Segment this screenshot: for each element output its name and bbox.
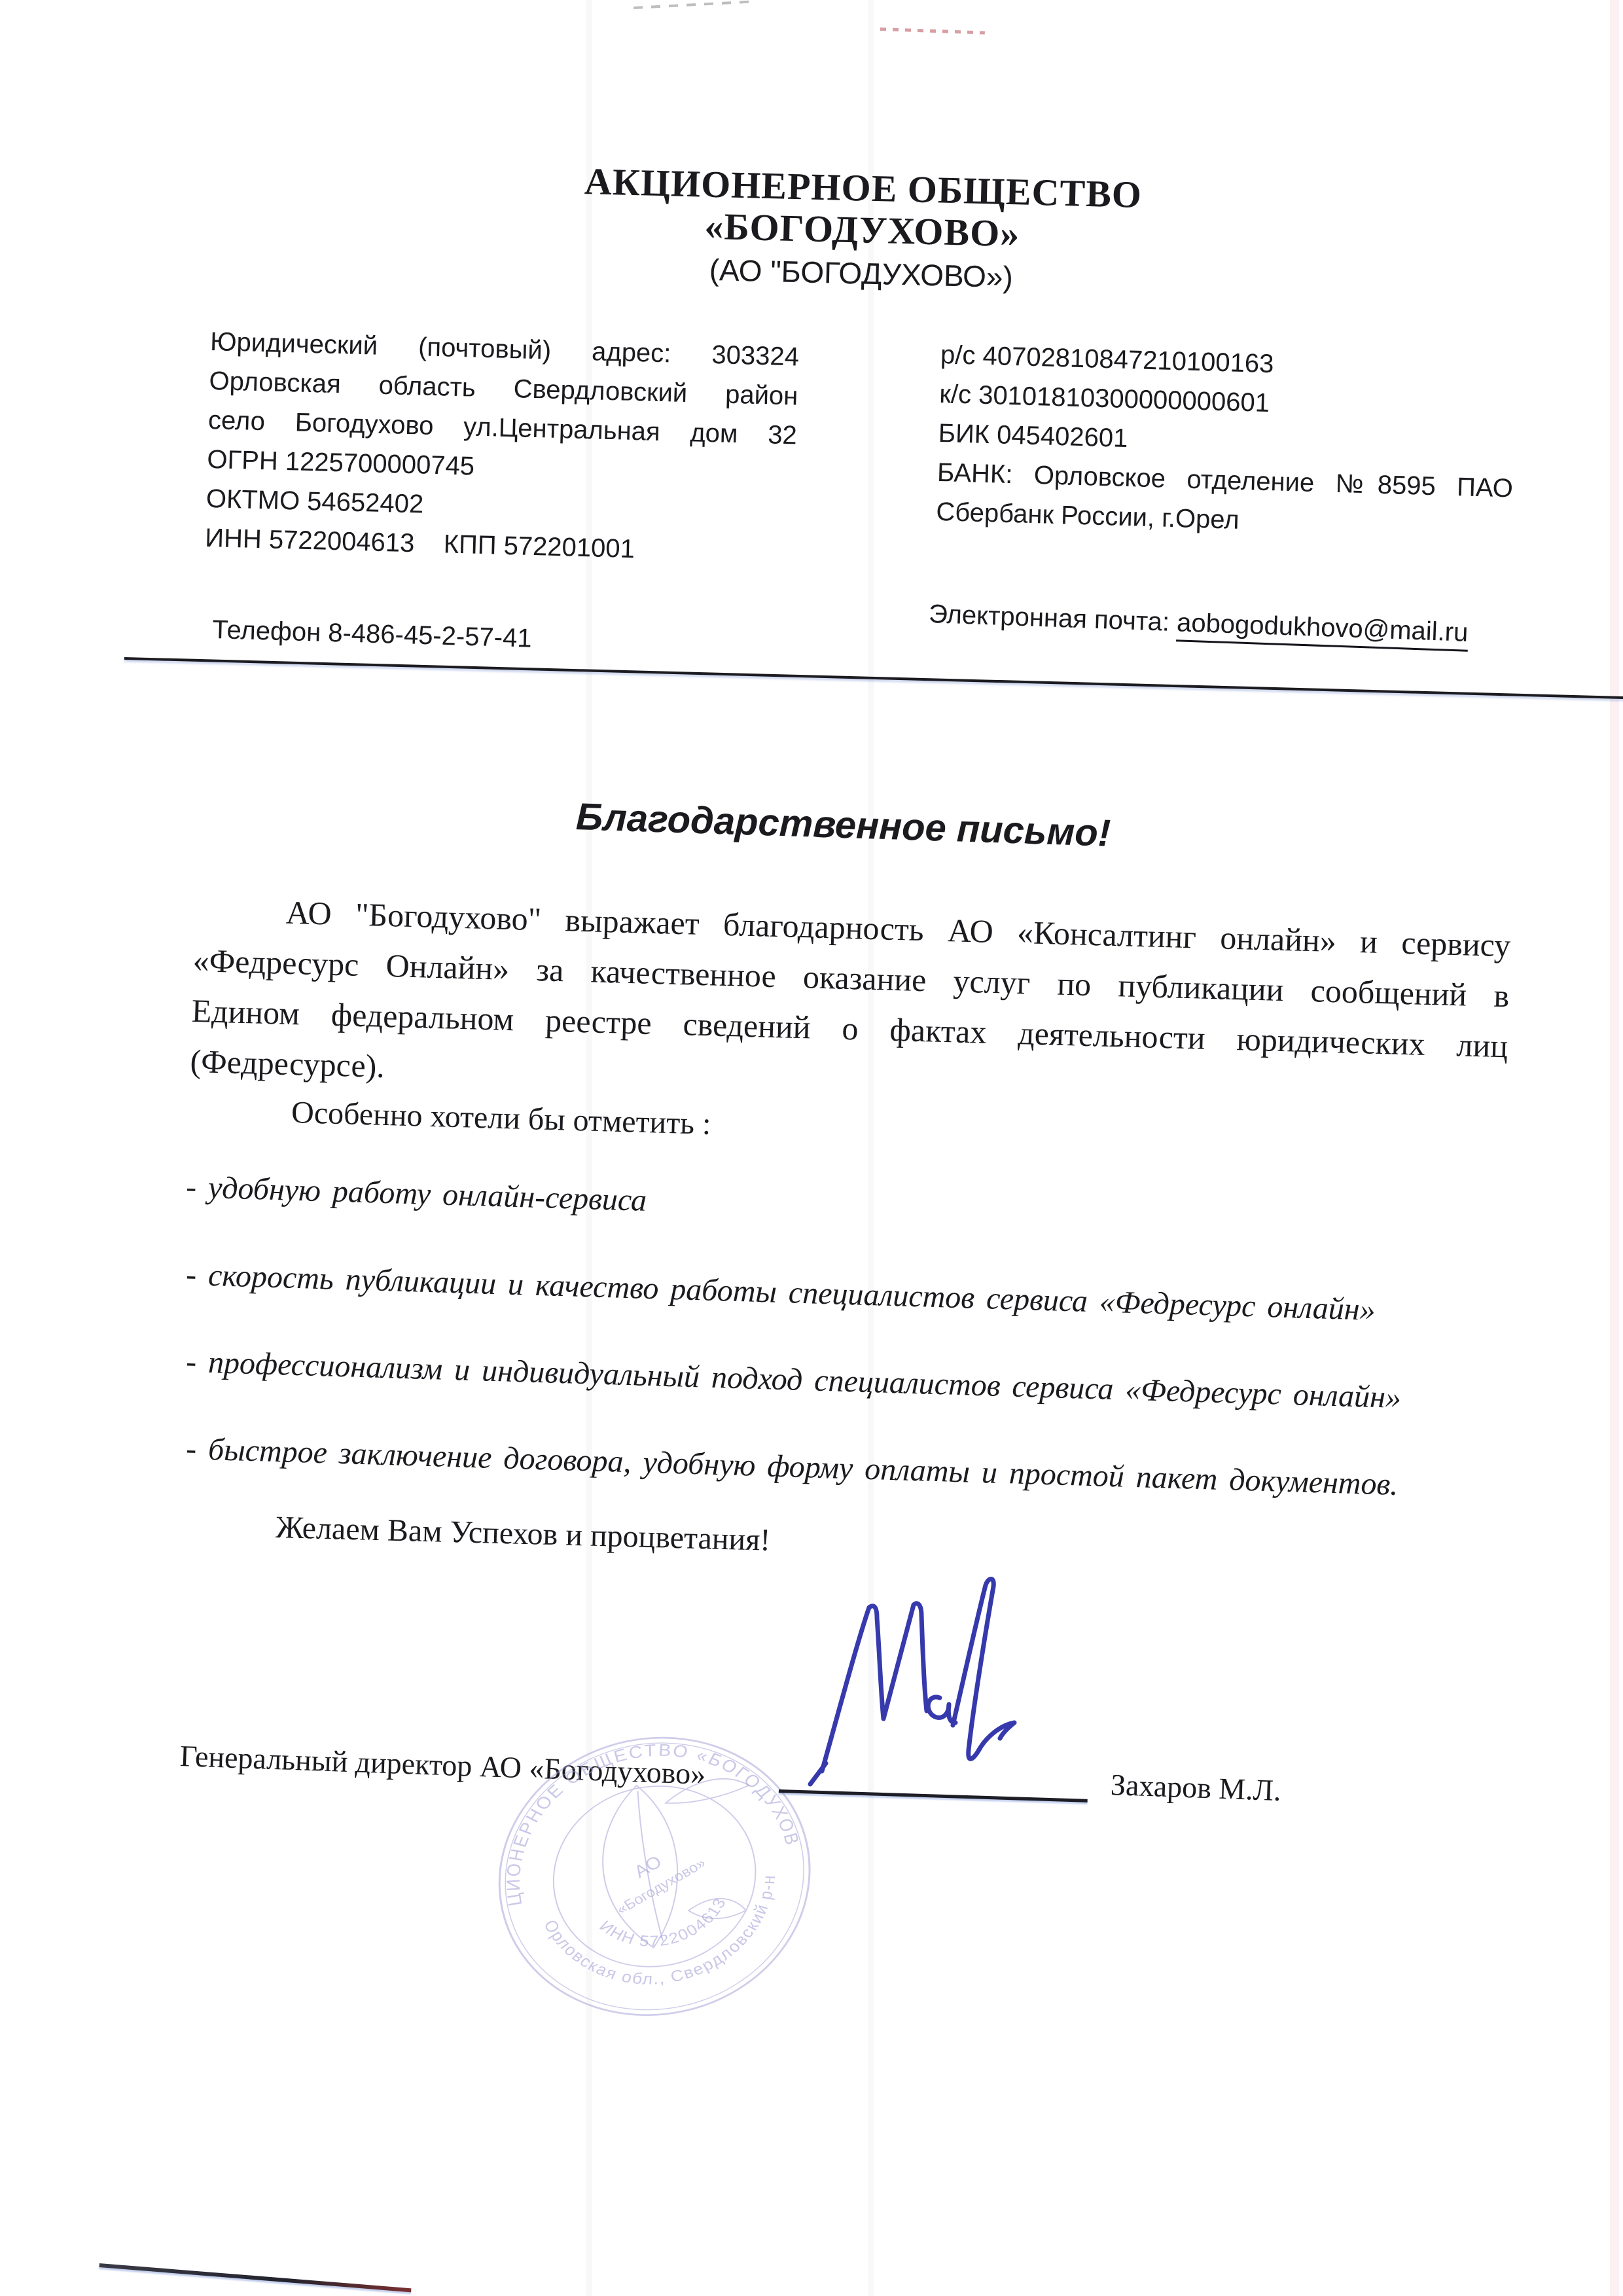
bullet-item: - удобную работу онлайн-сервиса — [185, 1169, 647, 1219]
letter-subheading: Особенно хотели бы отметить : — [291, 1094, 711, 1142]
email-address: aobogodukhovo@mail.ru — [1176, 608, 1469, 652]
scanned-letter-page: АКЦИОНЕРНОЕ ОБЩЕСТВО «БОГОДУХОВО» (АО "Б… — [0, 0, 1623, 2296]
stamp-ring-outer-text: АКЦИОНЕРНОЕ ОБЩЕСТВО «БОГОДУХОВО» — [457, 1694, 804, 1914]
email-line: Электронная почта: aobogodukhovo@mail.ru — [928, 600, 1469, 648]
handwritten-signature — [784, 1576, 1098, 1818]
scanner-streak — [868, 0, 874, 2296]
scan-artifact-bottom-line — [99, 2263, 412, 2292]
phone-line: Телефон 8-486-45-2-57-41 — [212, 615, 532, 654]
bank-name-line: БАНК: Орловское отделение №8595 ПАО Сбер… — [936, 453, 1514, 548]
bullet-item: - скорость публикации и качество работы … — [185, 1257, 1376, 1328]
signer-name: Захаров М.Л. — [1110, 1767, 1281, 1808]
org-header: АКЦИОНЕРНОЕ ОБЩЕСТВО «БОГОДУХОВО» (АО "Б… — [389, 156, 1334, 303]
bullet-item: - быстрое заключение договора, удобную ф… — [185, 1431, 1399, 1503]
scan-artifact-top-red — [880, 27, 985, 35]
letter-closing: Желаем Вам Успехов и процветания! — [276, 1509, 771, 1558]
signature-stroke — [953, 1579, 1014, 1759]
bullet-item: - профессионализм и индивидуальный подхо… — [185, 1344, 1401, 1416]
scan-edge-tint — [1610, 0, 1619, 2296]
letter-paragraph: АО "Богодухово" выражает благодарность А… — [190, 885, 1512, 1122]
requisites-address-block: Юридический (почтовый) адрес: 303324 Орл… — [205, 322, 800, 573]
svg-text:АКЦИОНЕРНОЕ ОБЩЕСТВО «БОГОДУХО: АКЦИОНЕРНОЕ ОБЩЕСТВО «БОГОДУХОВО» — [457, 1694, 804, 1914]
letter-title: Благодарственное письмо! — [385, 789, 1302, 861]
email-label: Электронная почта: — [928, 600, 1177, 637]
signature-stroke — [822, 1604, 927, 1771]
requisites-bank-block: р/с 40702810847210100163 к/с 30101810300… — [936, 335, 1517, 547]
scan-artifact-top-gray — [633, 1, 751, 9]
signature-stroke — [928, 1697, 955, 1723]
